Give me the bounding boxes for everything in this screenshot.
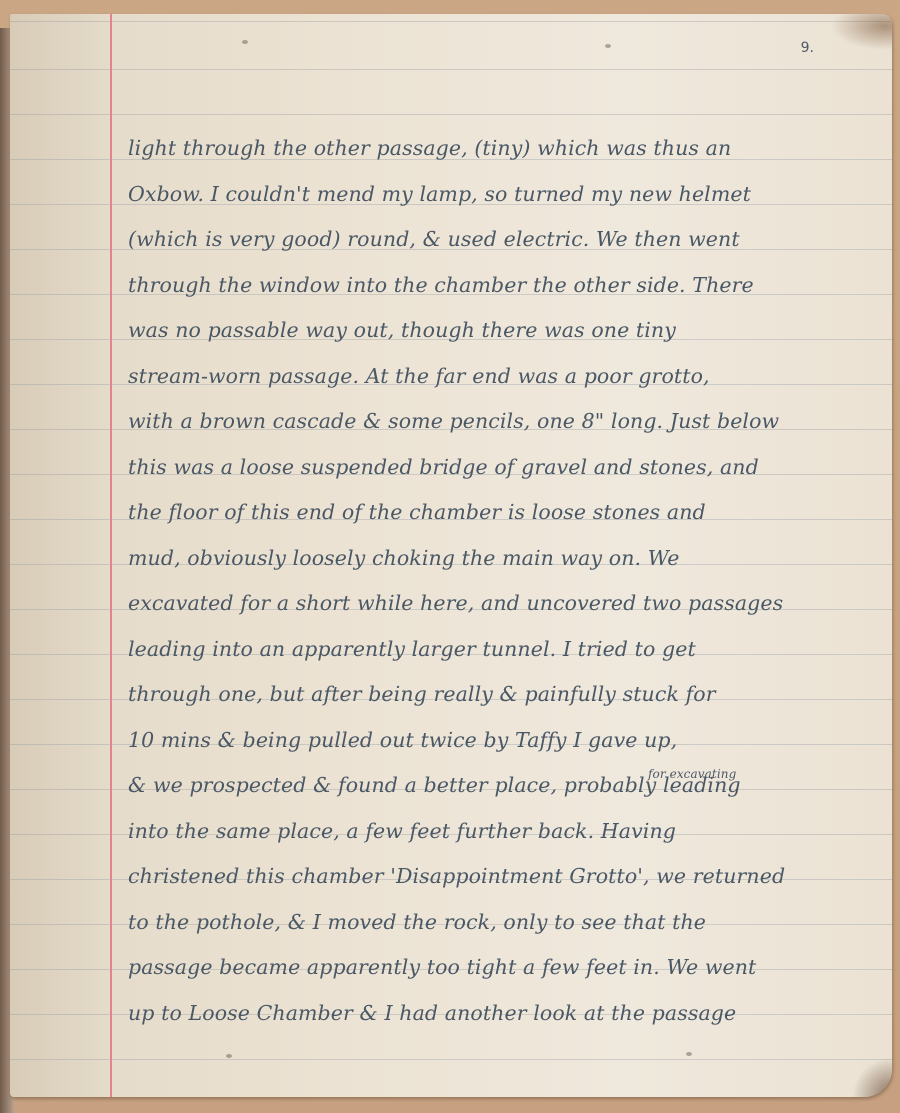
text-line: leading into an apparently larger tunnel…	[128, 627, 892, 673]
text-line: Oxbow. I couldn't mend my lamp, so turne…	[128, 172, 892, 218]
text-line: through the window into the chamber the …	[128, 263, 892, 309]
page-number: 9.	[801, 40, 814, 56]
notebook-page: 9. light through the other passage, (tin…	[10, 14, 892, 1097]
handwritten-text: light through the other passage, (tiny) …	[128, 126, 892, 1036]
text-line: with a brown cascade & some pencils, one…	[128, 399, 892, 445]
text-line: mud, obviously loosely choking the main …	[128, 536, 892, 582]
page-stain	[822, 14, 892, 54]
text-line: was no passable way out, though there wa…	[128, 308, 892, 354]
paper-dent	[686, 1052, 692, 1056]
text-line: through one, but after being really & pa…	[128, 672, 892, 718]
text-line-content: 10 mins & being pulled out twice by Taff…	[128, 728, 677, 752]
text-line: christened this chamber 'Disappointment …	[128, 854, 892, 900]
text-line: stream-worn passage. At the far end was …	[128, 354, 892, 400]
text-line: into the same place, a few feet further …	[128, 809, 892, 855]
text-line: light through the other passage, (tiny) …	[128, 126, 892, 172]
paper-dent	[226, 1054, 232, 1058]
text-line: for excavating& we prospected & found a …	[128, 763, 892, 809]
text-line: the floor of this end of the chamber is …	[128, 490, 892, 536]
page-corner-curl	[852, 1057, 892, 1097]
text-line: excavated for a short while here, and un…	[128, 581, 892, 627]
paper-dent	[242, 40, 248, 44]
margin-rule	[110, 14, 112, 1097]
text-line: passage became apparently too tight a fe…	[128, 945, 892, 991]
text-line: up to Loose Chamber & I had another look…	[128, 991, 892, 1037]
paper-dent	[605, 44, 611, 48]
text-line: (which is very good) round, & used elect…	[128, 217, 892, 263]
text-line: to the pothole, & I moved the rock, only…	[128, 900, 892, 946]
interlinear-insert: for excavating	[648, 768, 736, 780]
text-line: this was a loose suspended bridge of gra…	[128, 445, 892, 491]
text-line: 10 mins & being pulled out twice by Taff…	[128, 718, 892, 764]
